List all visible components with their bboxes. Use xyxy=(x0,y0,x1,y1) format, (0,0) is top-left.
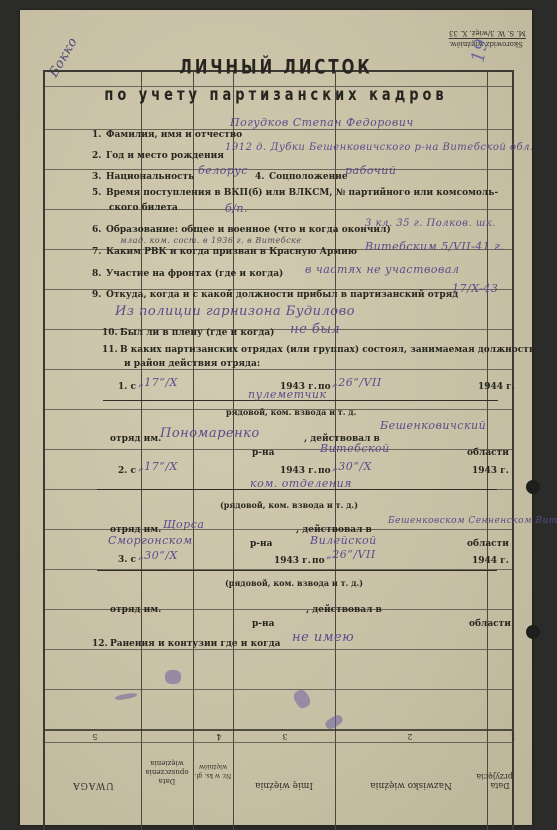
detachment-3-to[interactable]: „26“/VII xyxy=(326,548,376,561)
detachment-1-name[interactable]: Пономаренко xyxy=(160,426,260,441)
punch-hole xyxy=(526,480,540,494)
field-6-label: Образование: общее и военное (что и когд… xyxy=(106,225,391,235)
field-7-value[interactable]: Витебским 5/VII-41 г. xyxy=(365,240,504,253)
field-5-label-line1: Время поступления в ВКП(б) или ВЛКСМ, № … xyxy=(106,188,498,198)
detachment-2-extra[interactable]: Сморгонском xyxy=(108,534,193,547)
header-data-przyjecia: Data przyjęcia xyxy=(487,772,513,790)
ruled-frame: 5 4 3 2 1 Data przyjęcia Nazwisko więźni… xyxy=(43,70,514,830)
detachment-1-position-hint: рядовой, ком. взвода и т. д. xyxy=(226,407,356,417)
field-9-number: 9. xyxy=(92,290,101,300)
detachment-3-index: 3. с xyxy=(118,555,136,565)
detachment-2-region[interactable]: Вилейской xyxy=(310,534,377,547)
document-page: Skorowidz więźniów. M. S. W. 3/więź. X. … xyxy=(20,10,532,825)
field-6-value[interactable]: 3 кл. 35 г. Полков. шк. xyxy=(365,218,496,229)
detachment-2-to[interactable]: „30“/X xyxy=(332,460,372,473)
field-4-label: Соцположение xyxy=(269,172,348,182)
detachment-2-year-from: 1943 г. xyxy=(280,466,317,476)
field-9-value[interactable]: 17/X-43 xyxy=(452,282,498,295)
detachment-1-region[interactable]: Витебской xyxy=(320,442,390,455)
detachment-2-name[interactable]: Щорса xyxy=(163,518,204,531)
grid-vline xyxy=(193,72,194,830)
detachment-3-label: отряд им. xyxy=(110,605,161,615)
detachment-3-region-label: области xyxy=(469,619,511,629)
header-imie: Imię więźnia xyxy=(233,780,335,789)
field-2-number: 2. xyxy=(92,151,101,161)
detachment-3-to-prefix: по xyxy=(312,556,325,566)
field-6-value-line2[interactable]: млад. ком. сост. в 1936 г. в Витебске xyxy=(120,236,302,245)
detachment-1-from[interactable]: „17“/X xyxy=(138,376,178,389)
field-6-number: 6. xyxy=(92,225,101,235)
field-11-label-line2: и район действия отряда: xyxy=(124,359,260,369)
detachment-1-district[interactable]: Бешенковичский xyxy=(380,419,486,432)
field-2-label: Год и место рождения xyxy=(106,151,224,161)
col-number: 1 xyxy=(503,732,523,741)
detachment-1-index: 1. с xyxy=(118,382,136,392)
detachment-2-district[interactable]: Бешенковском Сенненском Витеб. обл. xyxy=(388,516,557,526)
field-12-value[interactable]: не имею xyxy=(292,630,354,645)
field-10-number: 10. xyxy=(102,328,118,338)
grid-vline xyxy=(141,72,142,830)
col-number: 4 xyxy=(209,732,229,741)
field-5-label-line2: ского билета xyxy=(109,203,178,213)
detachment-3-operated-label: , действовал в xyxy=(306,605,382,615)
field-10-value[interactable]: не был xyxy=(290,322,340,337)
field-11-number: 11. xyxy=(102,345,118,355)
field-12-label: Ранения и контузии где и когда xyxy=(110,639,280,649)
field-2-value[interactable]: 1912 д. Дубки Бешенковичского р-на Витеб… xyxy=(225,142,534,153)
detachment-1-region-label: области xyxy=(467,448,509,458)
field-9-value-line2[interactable]: Из полиции гарнизона Будилово xyxy=(115,304,355,319)
detachment-3-position-hint: (рядовой, ком. взвода и т. д.) xyxy=(225,578,363,588)
field-9-label: Откуда, когда и с какой должности прибыл… xyxy=(106,290,458,300)
detachment-1-to[interactable]: „26“/VII xyxy=(332,376,382,389)
field-4-number: 4. xyxy=(255,172,264,182)
detachment-1-district-label: р-на xyxy=(252,448,274,458)
document-subtitle: по учету партизанских кадров xyxy=(20,86,532,106)
field-1-number: 1. xyxy=(92,130,101,140)
detachment-2-year-to: 1943 г. xyxy=(472,466,509,476)
field-3-number: 3. xyxy=(92,172,101,182)
col-number: 2 xyxy=(400,732,420,741)
field-3-label: Национальность xyxy=(106,172,194,182)
field-1-label: Фамилия, имя и отчество xyxy=(106,130,242,140)
field-4-value[interactable]: рабочий xyxy=(345,164,396,177)
corner-stamp-line2: M. S. W. 3/więź. X. 33 xyxy=(449,28,526,39)
detachment-2-position-hint: (рядовой, ком. взвода и т. д.) xyxy=(220,500,358,510)
field-11-label-line1: В каких партизанских отрядах (или группа… xyxy=(120,345,535,355)
col-number: 3 xyxy=(275,732,295,741)
field-5-value[interactable]: б/п. xyxy=(225,202,248,215)
field-12-number: 12. xyxy=(92,639,108,649)
detachment-1-year-to: 1944 г. xyxy=(478,382,515,392)
detachment-2-position[interactable]: ком. отделения xyxy=(250,477,352,490)
field-8-value[interactable]: в частях не участвовал xyxy=(305,263,460,276)
field-5-number: 5. xyxy=(92,188,101,198)
detachment-2-district-label: р-на xyxy=(250,539,272,549)
detachment-3-year-from: 1943 г. xyxy=(274,556,311,566)
field-10-label: Был ли в плену (где и когда) xyxy=(120,328,274,338)
punch-hole xyxy=(526,625,540,639)
detachment-2-to-prefix: по xyxy=(318,466,331,476)
grid-vline xyxy=(233,72,234,830)
field-1-value[interactable]: Погудков Степан Федорович xyxy=(230,116,414,129)
detachment-2-region-label: области xyxy=(467,539,509,549)
detachment-1-position[interactable]: пулеметчик xyxy=(248,388,327,401)
detachment-1-label: отряд им. xyxy=(110,434,161,444)
field-8-label: Участие на фронтах (где и когда) xyxy=(106,269,283,279)
detachment-3-year-to: 1944 г. xyxy=(472,556,509,566)
field-3-value[interactable]: белорус xyxy=(198,164,248,177)
field-7-number: 7. xyxy=(92,247,101,257)
detachment-3-from[interactable]: „30“/X xyxy=(138,549,178,562)
document-title: ЛИЧНЫЙ ЛИСТОК xyxy=(20,55,532,78)
detachment-3-district-label: р-на xyxy=(252,619,274,629)
header-data-opuszczenia: Data opuszczenia więzienia xyxy=(141,758,193,785)
field-7-label: Каким РВК и когда призван в Красную Арми… xyxy=(106,247,357,257)
detachment-2-index: 2. с xyxy=(118,466,136,476)
header-uwaga: UWAGA xyxy=(45,780,141,789)
field-8-number: 8. xyxy=(92,269,101,279)
header-nazwisko: Nazwisko więźnia xyxy=(335,780,487,789)
detachment-2-from[interactable]: „17“/X xyxy=(138,460,178,473)
header-nr: Nr. w ks. gł. więźniów xyxy=(193,762,233,780)
col-number: 5 xyxy=(85,732,105,741)
